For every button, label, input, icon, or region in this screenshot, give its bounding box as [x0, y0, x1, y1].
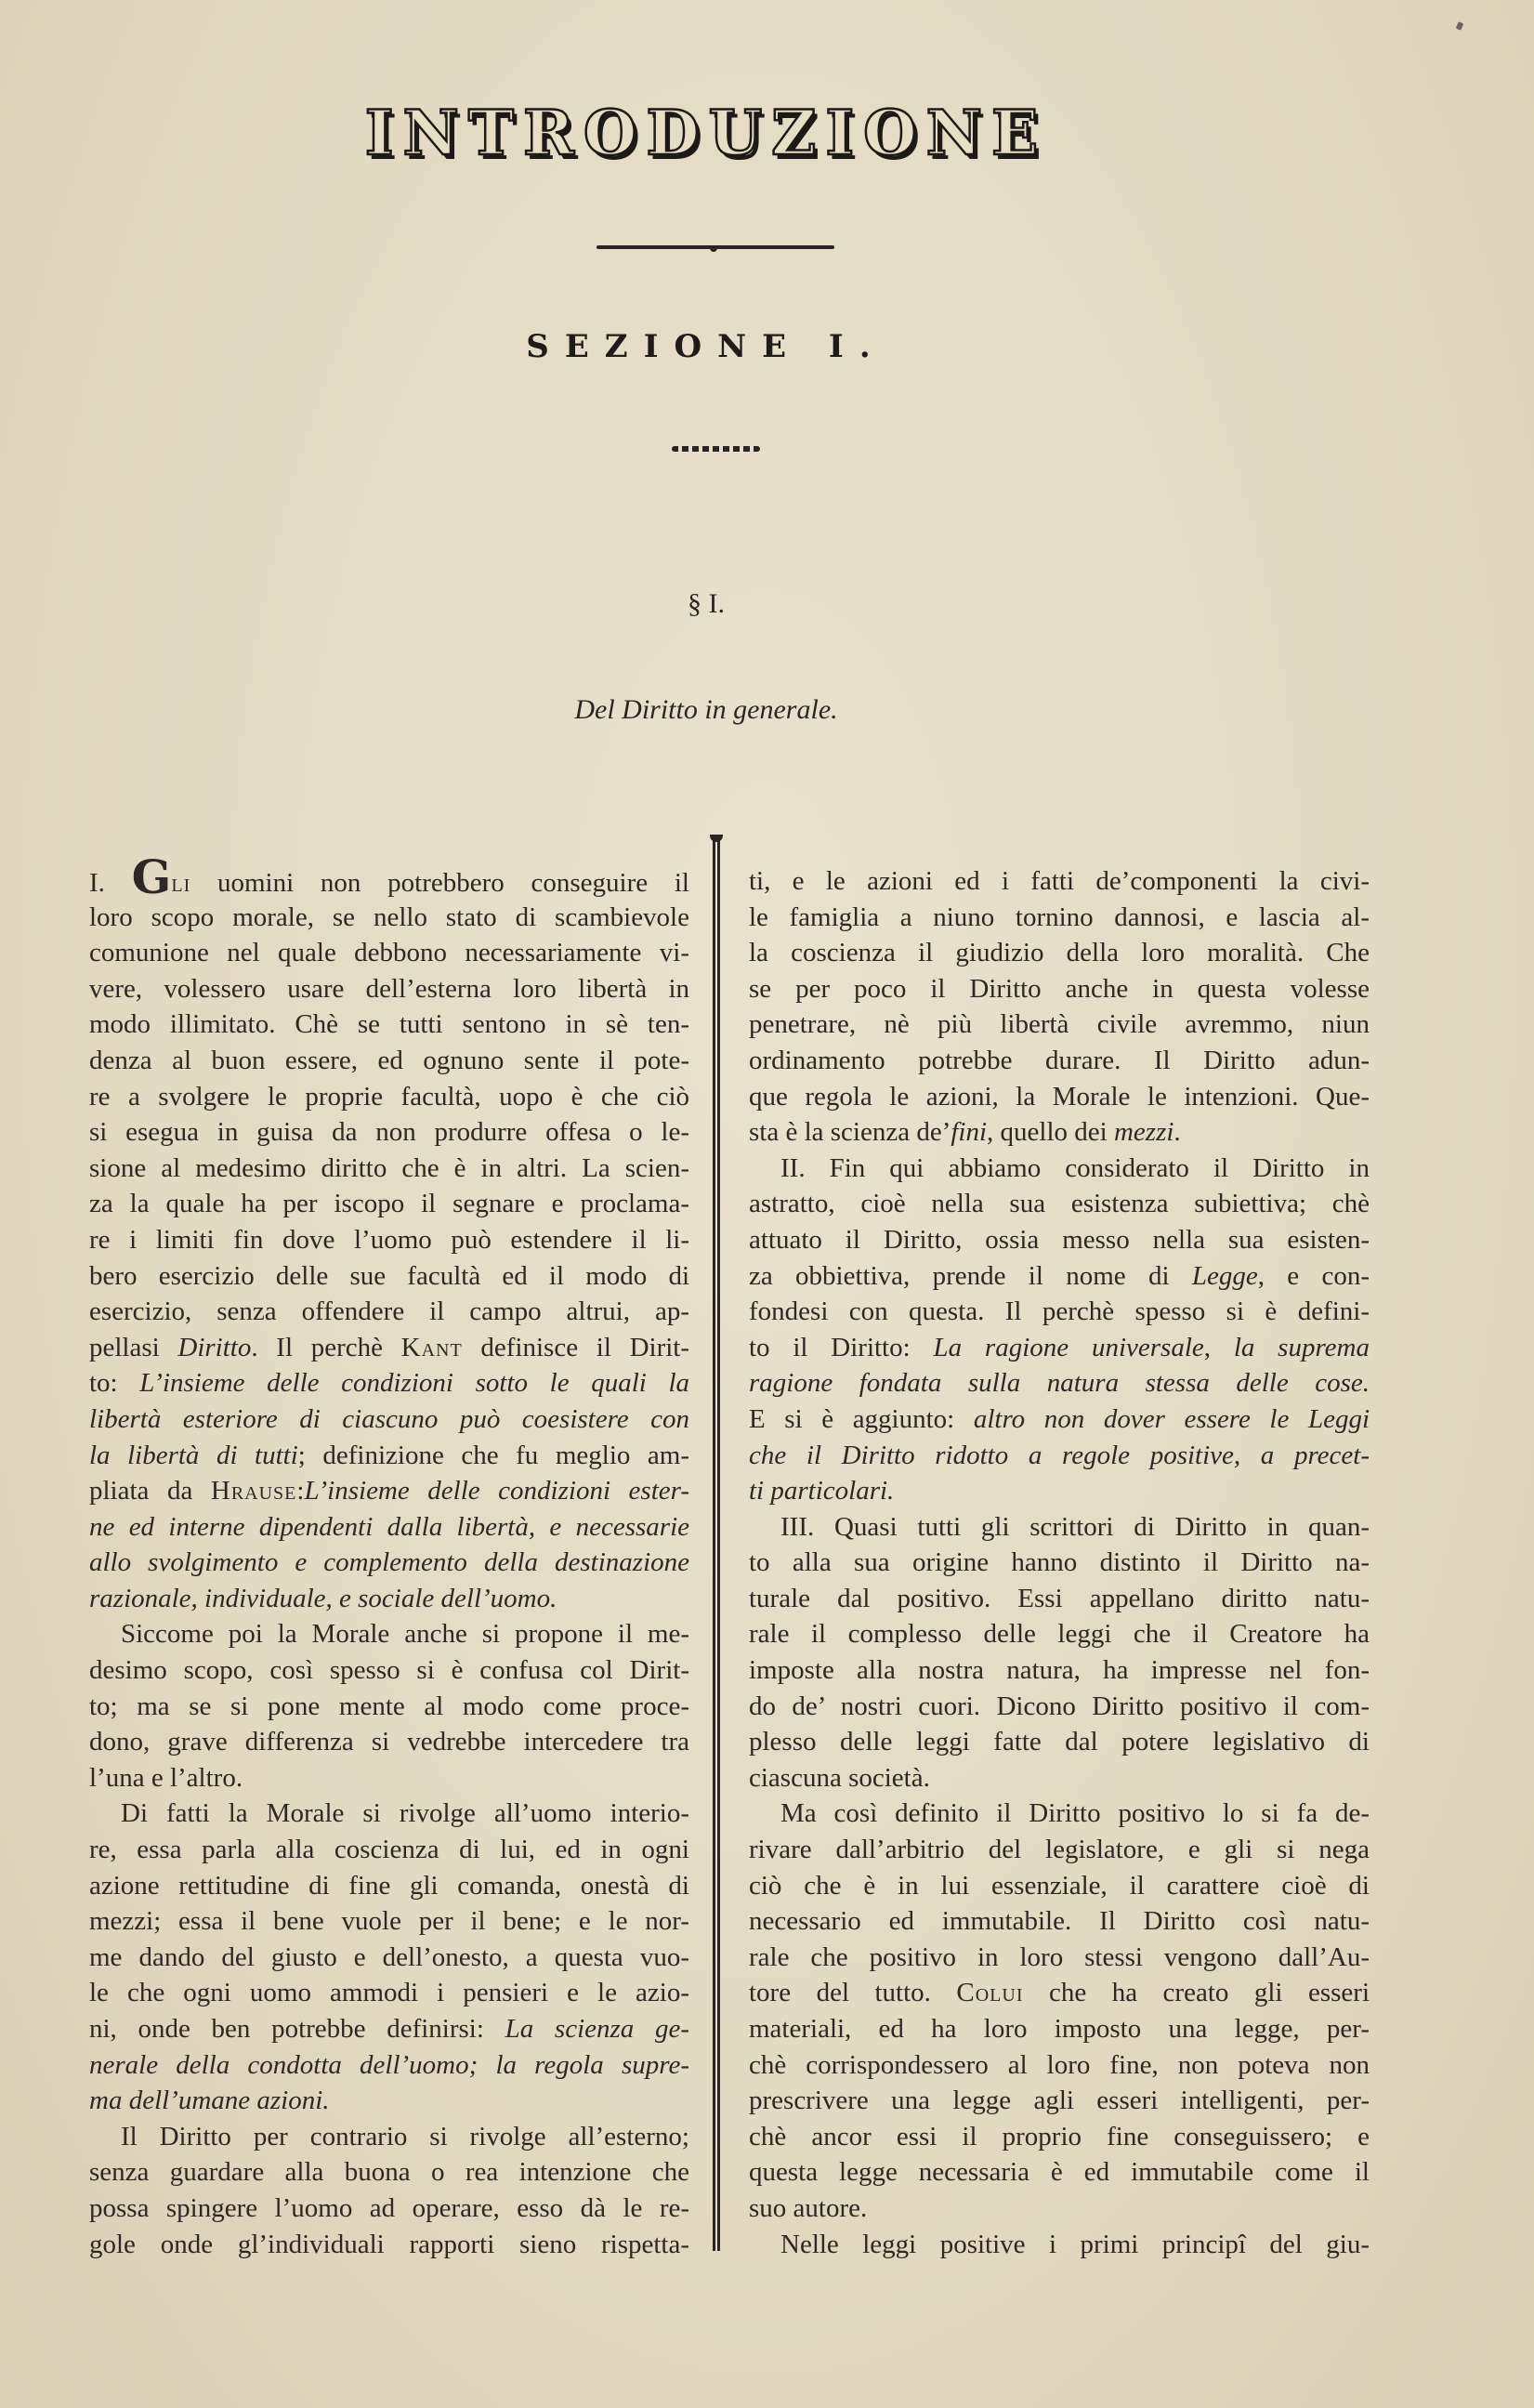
text-line: Siccome poi la Morale anche si propone i…: [89, 1616, 689, 1652]
text-run: se per poco il Diritto anche in questa v…: [749, 974, 1370, 1004]
italic-run: ne ed interne dipendenti dalla libertà, …: [89, 1512, 689, 1542]
text-line: ni, onde ben potrebbe definirsi: La scie…: [89, 2011, 689, 2047]
text-line: to: L’insieme delle condizioni sotto le …: [89, 1365, 689, 1401]
text-run: gole onde gl’individuali rapporti sieno …: [89, 2230, 689, 2259]
text-line: l’una e l’altro.: [89, 1760, 689, 1796]
italic-run: La ragione universale: [933, 1333, 1203, 1362]
text-run: mezzi; essa il bene vuole per il bene; e…: [89, 1906, 689, 1936]
text-line: I. Gli uomini non potrebbero conseguire …: [89, 863, 689, 900]
text-line: to; ma se si pone mente al modo come pro…: [89, 1689, 689, 1725]
text-line: nerale della condotta dell’uomo; la rego…: [89, 2047, 689, 2084]
text-run: turale dal positivo. Essi appellano diri…: [749, 1584, 1370, 1613]
text-line: mezzi; essa il bene vuole per il bene; e…: [89, 1903, 689, 1940]
text-line: desimo scopo, così spesso si è confusa c…: [89, 1652, 689, 1689]
page-title: INTRODUZIONE: [0, 97, 1412, 169]
text-run: ciascuna società.: [749, 1763, 930, 1793]
text-line: chè corrispondessero al loro fine, non p…: [749, 2047, 1370, 2084]
text-line: gole onde gl’individuali rapporti sieno …: [89, 2227, 689, 2263]
text-line: E si è aggiunto: altro non dover essere …: [749, 1401, 1370, 1438]
text-run: penetrare, nè più libertà civile avremmo…: [749, 1009, 1370, 1039]
text-run: attuato il Diritto, ossia messo nella su…: [749, 1225, 1370, 1255]
text-run: plesso delle leggi fatte dal potere legi…: [749, 1727, 1370, 1757]
title-rule-ornament: [597, 245, 834, 249]
text-run: chè ancor essi il proprio fine conseguis…: [749, 2122, 1370, 2151]
italic-run: L’insieme delle condizioni ester-: [304, 1476, 689, 1506]
text-run: do de’ nostri cuori. Dicono Diritto posi…: [749, 1691, 1370, 1721]
text-run: bero esercizio delle sue facultà ed il m…: [89, 1261, 689, 1291]
italic-run: ti particolari.: [749, 1476, 894, 1506]
text-line: imposte alla nostra natura, ha impresse …: [749, 1652, 1370, 1689]
book-page: INTRODUZIONE SEZIONE I. § I. Del Diritto…: [0, 0, 1534, 2408]
text-run: prescrivere una legge agli esseri intell…: [749, 2086, 1370, 2115]
text-run: Nelle leggi positive i primi principî de…: [780, 2230, 1370, 2259]
text-line: pellasi Diritto. Il perchè Kant definisc…: [89, 1330, 689, 1366]
text-run: .: [1173, 1117, 1180, 1147]
text-line: Nelle leggi positive i primi principî de…: [749, 2227, 1370, 2263]
drop-cap-letter: G: [132, 849, 172, 904]
text-run: azione rettitudine di fine gli comanda, …: [89, 1871, 689, 1901]
text-run: Siccome poi la Morale anche si propone i…: [121, 1619, 689, 1649]
text-line: penetrare, nè più libertà civile avremmo…: [749, 1007, 1370, 1043]
text-run: sione al medesimo diritto che è in altri…: [89, 1153, 689, 1183]
italic-run: mezzi: [1114, 1117, 1173, 1147]
text-line: rale che positivo in loro stessi vengono…: [749, 1940, 1370, 1976]
drop-cap-rest: li: [171, 868, 190, 898]
text-line: astratto, cioè nella sua esistenza subie…: [749, 1186, 1370, 1222]
author-name: Hrause: [211, 1476, 297, 1506]
italic-run: nerale della condotta dell’uomo; la rego…: [89, 2050, 689, 2080]
text-run: uomini non potrebbero conseguire il: [190, 868, 689, 898]
text-line: le famiglia a niuno tornino dannosi, e l…: [749, 900, 1370, 936]
text-run: senza guardare alla buona o rea intenzio…: [89, 2157, 689, 2187]
text-line: senza guardare alla buona o rea intenzio…: [89, 2154, 689, 2191]
text-run: re a svolgere le proprie facultà, uopo è…: [89, 1082, 689, 1112]
text-line: ragione fondata sulla natura stessa dell…: [749, 1365, 1370, 1401]
italic-run: ragione fondata sulla natura stessa dell…: [749, 1368, 1370, 1398]
text-line: denza al buon essere, ed ognuno sente il…: [89, 1043, 689, 1079]
text-run: desimo scopo, così spesso si è confusa c…: [89, 1655, 689, 1685]
text-run: l’una e l’altro.: [89, 1763, 243, 1793]
text-line: to alla sua origine hanno distinto il Di…: [749, 1545, 1370, 1581]
text-line: materiali, ed ha loro imposto una legge,…: [749, 2011, 1370, 2047]
text-run: ni, onde ben potrebbe definirsi:: [89, 2014, 505, 2044]
italic-run: Diritto: [177, 1333, 251, 1362]
text-line: la coscienza il giudizio della loro mora…: [749, 935, 1370, 971]
text-line: plesso delle leggi fatte dal potere legi…: [749, 1724, 1370, 1760]
text-line: do de’ nostri cuori. Dicono Diritto posi…: [749, 1689, 1370, 1725]
text-line: III. Quasi tutti gli scrittori di Diritt…: [749, 1509, 1370, 1546]
text-line: ne ed interne dipendenti dalla libertà, …: [89, 1509, 689, 1546]
text-run: necessario ed immutabile. Il Diritto cos…: [749, 1906, 1370, 1936]
text-run: rale che positivo in loro stessi vengono…: [749, 1942, 1370, 1972]
text-run: comunione nel quale debbono necessariame…: [89, 938, 689, 967]
text-run: . Il perchè: [251, 1333, 400, 1362]
text-run: me dando del giusto e dell’onesto, a que…: [89, 1942, 689, 1972]
text-run: , quello dei: [987, 1117, 1114, 1147]
text-run: fondesi con questa. Il perchè spesso si …: [749, 1296, 1370, 1326]
text-line: que regola le azioni, la Morale le inten…: [749, 1079, 1370, 1115]
chapter-subtitle: Del Diritto in generale.: [0, 694, 1412, 726]
text-line: libertà esteriore di ciascuno può coesis…: [89, 1401, 689, 1438]
text-line: re i limiti fin dove l’uomo può estender…: [89, 1222, 689, 1258]
text-run: to alla sua origine hanno distinto il Di…: [749, 1547, 1370, 1577]
text-line: ti particolari.: [749, 1473, 1370, 1509]
text-line: modo illimitato. Chè se tutti sentono in…: [89, 1007, 689, 1043]
text-run: za la quale ha per iscopo il segnare e p…: [89, 1189, 689, 1218]
text-run: sta è la scienza de’: [749, 1117, 951, 1147]
text-line: necessario ed immutabile. Il Diritto cos…: [749, 1903, 1370, 1940]
text-line: pliata da Hrause:L’insieme delle condizi…: [89, 1473, 689, 1509]
text-run: tore del tutto.: [749, 1978, 956, 2007]
text-line: comunione nel quale debbono necessariame…: [89, 935, 689, 971]
text-line: me dando del giusto e dell’onesto, a que…: [89, 1940, 689, 1976]
text-line: allo svolgimento e complemento della des…: [89, 1545, 689, 1581]
text-run: re i limiti fin dove l’uomo può estender…: [89, 1225, 689, 1255]
text-line: re, essa parla alla coscienza di lui, ed…: [89, 1832, 689, 1868]
text-line: bero esercizio delle sue facultà ed il m…: [89, 1258, 689, 1295]
text-line: za obbiettiva, prende il nome di Legge, …: [749, 1258, 1370, 1295]
text-run: que regola le azioni, la Morale le inten…: [749, 1082, 1370, 1112]
text-run: le famiglia a niuno tornino dannosi, e l…: [749, 902, 1370, 932]
text-line: tore del tutto. Colui che ha creato gli …: [749, 1975, 1370, 2011]
italic-run: fini: [951, 1117, 987, 1147]
text-run: II. Fin qui abbiamo considerato il Dirit…: [780, 1153, 1370, 1183]
text-run: to il Diritto:: [749, 1333, 933, 1362]
left-text-column: I. Gli uomini non potrebbero conseguire …: [89, 863, 689, 2262]
text-line: dono, grave differenza si vedrebbe inter…: [89, 1724, 689, 1760]
italic-run: altro non dover essere le Leggi: [974, 1404, 1370, 1434]
text-run: III. Quasi tutti gli scrittori di Diritt…: [780, 1512, 1370, 1542]
paragraph-number: § I.: [0, 588, 1412, 620]
italic-run: libertà esteriore di ciascuno può coesis…: [89, 1404, 689, 1434]
italic-run: la libertà di tutti: [89, 1441, 298, 1470]
text-line: la libertà di tutti; definizione che fu …: [89, 1438, 689, 1474]
text-run: E si è aggiunto:: [749, 1404, 974, 1434]
text-run: loro scopo morale, se nello stato di sca…: [89, 902, 689, 932]
text-run: definisce il Dirit-: [463, 1333, 689, 1362]
text-run: Il Diritto per contrario si rivolge all’…: [121, 2122, 689, 2151]
text-line: azione rettitudine di fine gli comanda, …: [89, 1868, 689, 1904]
text-run: la coscienza il giudizio della loro mora…: [749, 938, 1370, 967]
italic-run: La scienza ge-: [505, 2014, 689, 2044]
text-run: imposte alla nostra natura, ha impresse …: [749, 1655, 1370, 1685]
text-line: se per poco il Diritto anche in questa v…: [749, 971, 1370, 1007]
text-line: rale il complesso delle leggi che il Cre…: [749, 1616, 1370, 1652]
text-run: possa spingere l’uomo ad operare, esso d…: [89, 2193, 689, 2223]
text-run: modo illimitato. Chè se tutti sentono in…: [89, 1009, 689, 1039]
italic-run: che il Diritto ridotto a regole positive…: [749, 1441, 1370, 1470]
text-line: sione al medesimo diritto che è in altri…: [89, 1151, 689, 1187]
text-line: Il Diritto per contrario si rivolge all’…: [89, 2119, 689, 2155]
text-run: Ma così definito il Diritto positivo lo …: [780, 1798, 1370, 1828]
text-run: to:: [89, 1368, 139, 1398]
article-number: I.: [89, 868, 132, 898]
text-line: II. Fin qui abbiamo considerato il Dirit…: [749, 1151, 1370, 1187]
text-line: Ma così definito il Diritto positivo lo …: [749, 1796, 1370, 1832]
text-line: ciascuna società.: [749, 1760, 1370, 1796]
text-run: to; ma se si pone mente al modo come pro…: [89, 1691, 689, 1721]
text-line: prescrivere una legge agli esseri intell…: [749, 2083, 1370, 2119]
text-run: pliata da: [89, 1476, 211, 1506]
text-line: to il Diritto: La ragione universale, la…: [749, 1330, 1370, 1366]
wavy-rule-ornament: [672, 446, 760, 452]
text-run: , e con-: [1258, 1261, 1370, 1291]
text-run: ciò che è in lui essenziale, il caratter…: [749, 1871, 1370, 1901]
text-run: ; definizione che fu meglio am-: [298, 1441, 689, 1470]
text-line: ciò che è in lui essenziale, il caratter…: [749, 1868, 1370, 1904]
text-run: materiali, ed ha loro imposto una legge,…: [749, 2014, 1370, 2044]
italic-run: la suprema: [1234, 1333, 1370, 1362]
text-line: esercizio, senza offendere il campo altr…: [89, 1294, 689, 1330]
text-run: si esegua in guisa da non produrre offes…: [89, 1117, 689, 1147]
text-line: loro scopo morale, se nello stato di sca…: [89, 900, 689, 936]
text-line: attuato il Diritto, ossia messo nella su…: [749, 1222, 1370, 1258]
section-heading: SEZIONE I.: [0, 328, 1412, 365]
text-run: denza al buon essere, ed ognuno sente il…: [89, 1046, 689, 1075]
text-line: re a svolgere le proprie facultà, uopo è…: [89, 1079, 689, 1115]
text-run: suo autore.: [749, 2193, 867, 2223]
text-line: suo autore.: [749, 2191, 1370, 2227]
text-line: ordinamento potrebbe durare. Il Diritto …: [749, 1043, 1370, 1079]
italic-run: ma dell’umane azioni.: [89, 2086, 330, 2115]
text-run: za obbiettiva, prende il nome di: [749, 1261, 1192, 1291]
text-line: questa legge necessaria è ed immutabile …: [749, 2154, 1370, 2191]
author-name: Kant: [401, 1333, 463, 1362]
text-run: ordinamento potrebbe durare. Il Diritto …: [749, 1046, 1370, 1075]
text-line: sta è la scienza de’fini, quello dei mez…: [749, 1114, 1370, 1151]
text-line: za la quale ha per iscopo il segnare e p…: [89, 1186, 689, 1222]
text-line: turale dal positivo. Essi appellano diri…: [749, 1581, 1370, 1617]
text-run: re, essa parla alla coscienza di lui, ed…: [89, 1835, 689, 1864]
text-run: astratto, cioè nella sua esistenza subie…: [749, 1189, 1370, 1218]
text-line: chè ancor essi il proprio fine conseguis…: [749, 2119, 1370, 2155]
text-line: possa spingere l’uomo ad operare, esso d…: [89, 2191, 689, 2227]
text-run: Di fatti la Morale si rivolge all’uomo i…: [121, 1798, 689, 1828]
italic-run: allo svolgimento e complemento della des…: [89, 1547, 689, 1577]
text-run: vere, volessero usare dell’esterna loro …: [89, 974, 689, 1004]
text-run: rale il complesso delle leggi che il Cre…: [749, 1619, 1370, 1649]
italic-run: L’insieme delle condizioni sotto le qual…: [139, 1368, 689, 1398]
text-run: chè corrispondessero al loro fine, non p…: [749, 2050, 1370, 2080]
text-run: dono, grave differenza si vedrebbe inter…: [89, 1727, 689, 1757]
text-line: vere, volessero usare dell’esterna loro …: [89, 971, 689, 1007]
text-line: rivare dall’arbitrio del legislatore, e …: [749, 1832, 1370, 1868]
text-line: Di fatti la Morale si rivolge all’uomo i…: [89, 1796, 689, 1832]
text-run: le che ogni uomo ammodi i pensieri e le …: [89, 1978, 689, 2007]
text-run: ti, e le azioni ed i fatti de’componenti…: [749, 866, 1370, 896]
column-divider-rule: [713, 840, 720, 2251]
text-line: si esegua in guisa da non produrre offes…: [89, 1114, 689, 1151]
text-run: esercizio, senza offendere il campo altr…: [89, 1296, 689, 1326]
text-line: razionale, individuale, e sociale dell’u…: [89, 1581, 689, 1617]
text-line: ti, e le azioni ed i fatti de’componenti…: [749, 863, 1370, 900]
text-run: questa legge necessaria è ed immutabile …: [749, 2157, 1370, 2187]
text-run: che ha creato gli esseri: [1024, 1978, 1370, 2007]
text-run: pellasi: [89, 1333, 177, 1362]
text-run: rivare dall’arbitrio del legislatore, e …: [749, 1835, 1370, 1864]
text-line: fondesi con questa. Il perchè spesso si …: [749, 1294, 1370, 1330]
text-line: che il Diritto ridotto a regole positive…: [749, 1438, 1370, 1474]
text-run: ,: [1204, 1333, 1234, 1362]
right-text-column: ti, e le azioni ed i fatti de’componenti…: [749, 863, 1370, 2262]
text-line: ma dell’umane azioni.: [89, 2083, 689, 2119]
italic-run: Legge: [1192, 1261, 1258, 1291]
italic-run: razionale, individuale, e sociale dell’u…: [89, 1584, 557, 1613]
text-line: le che ogni uomo ammodi i pensieri e le …: [89, 1975, 689, 2011]
ink-speck: [1456, 21, 1464, 31]
author-name: Colui: [956, 1978, 1023, 2007]
